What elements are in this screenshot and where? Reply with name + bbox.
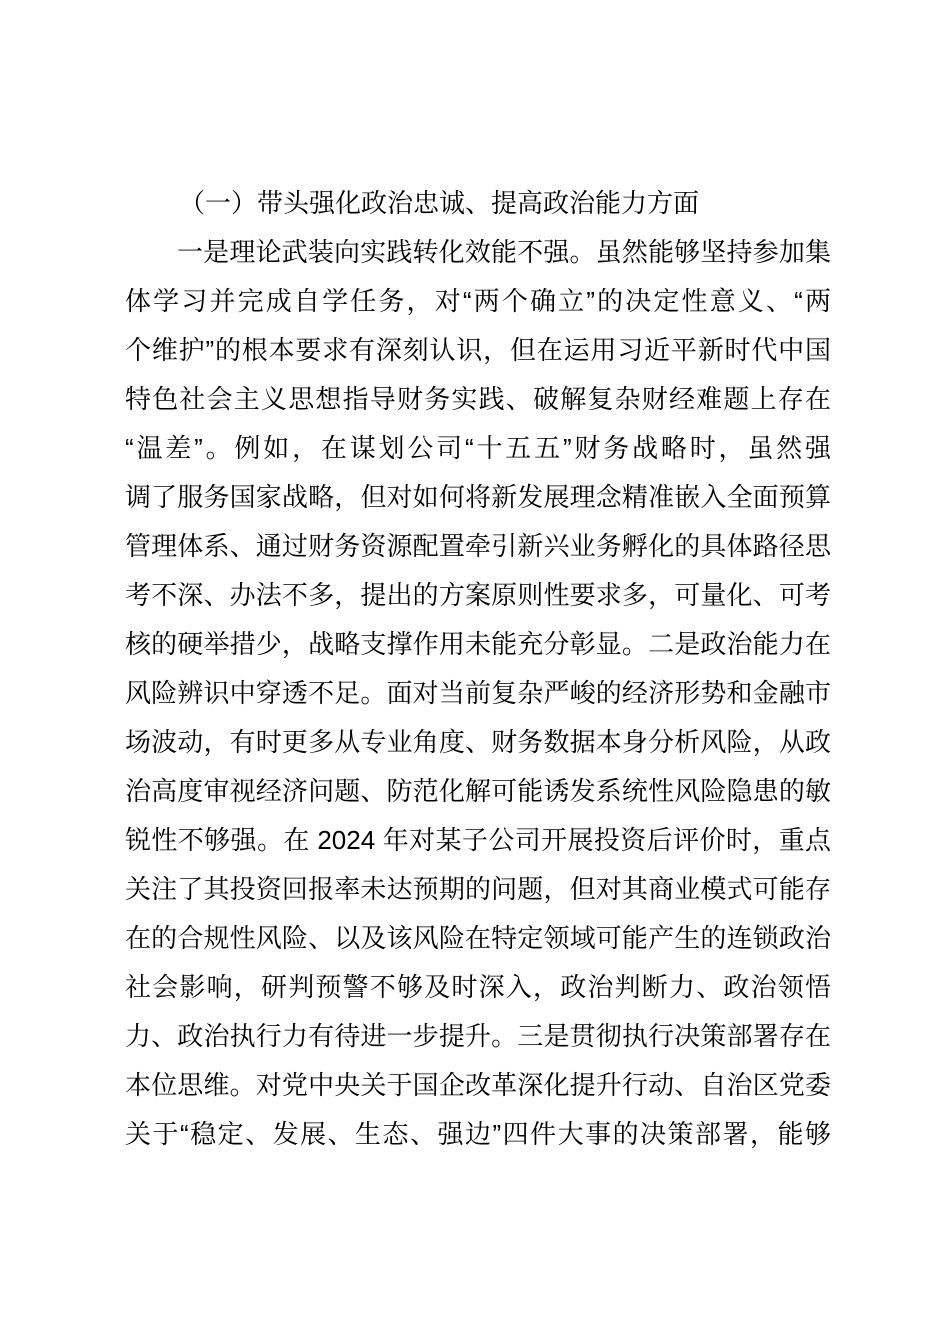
body-line: 治高度审视经济问题、防范化解可能诱发系统性风险隐患的敏 xyxy=(125,767,831,816)
body-line: 关于“稳定、发展、生态、强边”四件大事的决策部署，能够 xyxy=(125,1110,831,1159)
body-line: 特色社会主义思想指导财务实践、破解复杂财经难题上存在 xyxy=(125,375,831,424)
body-line: 社会影响，研判预警不够及时深入，政治判断力、政治领悟 xyxy=(125,963,831,1012)
body-line: 场波动，有时更多从专业角度、财务数据本身分析风险，从政 xyxy=(125,718,831,767)
body-line: 个维护”的根本要求有深刻认识，但在运用习近平新时代中国 xyxy=(125,326,831,375)
body-line: 体学习并完成自学任务，对“两个确立”的决定性意义、“两 xyxy=(125,277,831,326)
body-line: 力、政治执行力有待进一步提升。三是贯彻执行决策部署存在 xyxy=(125,1012,831,1061)
body-line: 在的合规性风险、以及该风险在特定领域可能产生的连锁政治 xyxy=(125,914,831,963)
document-content: （一）带头强化政治忠诚、提高政治能力方面 一是理论武装向实践转化效能不强。虽然能… xyxy=(125,179,831,1159)
body-line: 风险辨识中穿透不足。面对当前复杂严峻的经济形势和金融市 xyxy=(125,669,831,718)
body-line: 一是理论武装向实践转化效能不强。虽然能够坚持参加集 xyxy=(125,228,831,277)
body-line: 调了服务国家战略，但对如何将新发展理念精准嵌入全面预算 xyxy=(125,473,831,522)
body-line: 管理体系、通过财务资源配置牵引新兴业务孵化的具体路径思 xyxy=(125,522,831,571)
body-line: 核的硬举措少，战略支撑作用未能充分彰显。二是政治能力在 xyxy=(125,620,831,669)
body-line: 本位思维。对党中央关于国企改革深化提升行动、自治区党委 xyxy=(125,1061,831,1110)
body-line: 考不深、办法不多，提出的方案原则性要求多，可量化、可考 xyxy=(125,571,831,620)
body-line: 关注了其投资回报率未达预期的问题，但对其商业模式可能存 xyxy=(125,865,831,914)
body-line: 锐性不够强。在 2024 年对某子公司开展投资后评价时，重点 xyxy=(125,816,831,865)
section-heading: （一）带头强化政治忠诚、提高政治能力方面 xyxy=(125,179,831,228)
document-page: （一）带头强化政治忠诚、提高政治能力方面 一是理论武装向实践转化效能不强。虽然能… xyxy=(0,0,950,1344)
body-line: “温差”。例如，在谋划公司“十五五”财务战略时，虽然强 xyxy=(125,424,831,473)
